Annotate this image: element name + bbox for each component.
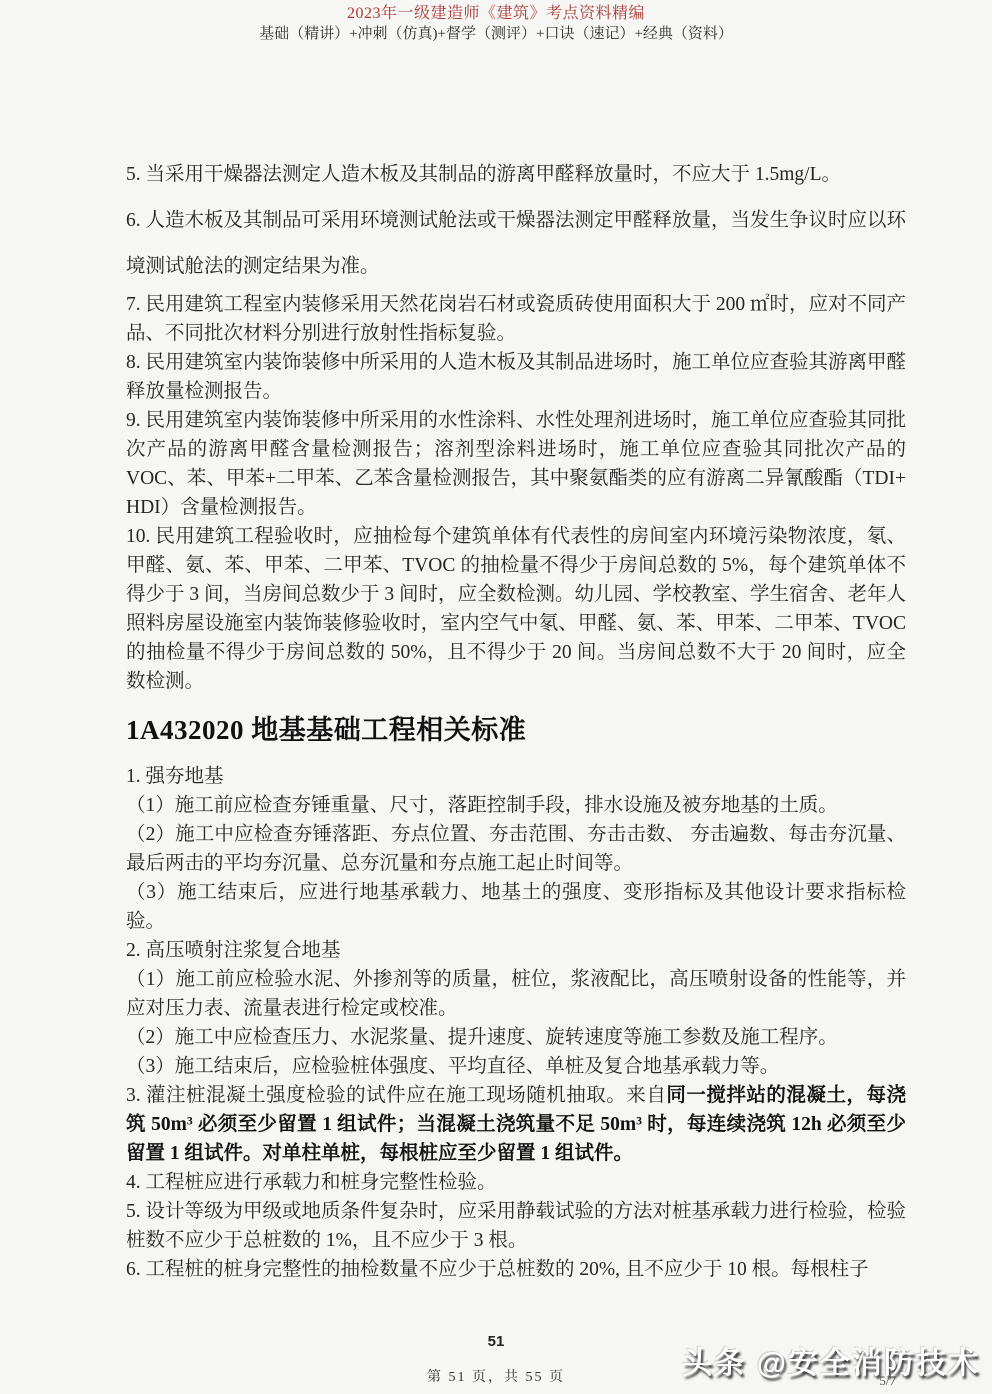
paragraph-item-5: 5. 当采用干燥器法测定人造木板及其制品的游离甲醛释放量时，不应大于 1.5mg… [126,152,906,198]
list-item-1-1: （1）施工前应检查夯锤重量、尺寸，落距控制手段，排水设施及被夯地基的土质。 [126,791,906,820]
paragraph-item-8: 8. 民用建筑室内装饰装修中所采用的人造木板及其制品进场时，施工单位应查验其游离… [126,348,906,406]
item-3-normal-text: 3. 灌注桩混凝土强度检验的试件应在施工现场随机抽取。来自 [126,1085,666,1106]
section-heading: 1A432020 地基基础工程相关标准 [126,712,906,748]
paragraph-item-6: 6. 人造木板及其制品可采用环境测试舱法或干燥器法测定甲醛释放量，当发生争议时应… [126,198,906,290]
list-item-2-1: （1）施工前应检验水泥、外掺剂等的质量，桩位，浆液配比，高压喷射设备的性能等，并… [126,965,906,1023]
header-title: 2023年一级建造师《建筑》考点资料精编 [0,3,992,24]
paragraph-item-10: 10. 民用建筑工程验收时，应抽检每个建筑单体有代表性的房间室内环境污染物浓度，… [126,522,906,696]
list-item-6: 6. 工程桩的桩身完整性的抽检数量不应少于总桩数的 20%, 且不应少于 10 … [126,1255,906,1284]
list-item-4: 4. 工程桩应进行承载力和桩身完整性检验。 [126,1168,906,1197]
header-subtitle: 基础（精讲）+冲刺（仿真)+督学（测评）+口诀（速记）+经典（资料） [0,24,992,45]
list-item-5: 5. 设计等级为甲级或地质条件复杂时，应采用静载试验的方法对桩基承载力进行检验，… [126,1197,906,1255]
list-item-jet-grouting: 2. 高压喷射注浆复合地基 [126,936,906,965]
paragraph-item-7: 7. 民用建筑工程室内装修采用天然花岗岩石材或瓷质砖使用面积大于 200 ㎡时，… [126,290,906,348]
document-page: 2023年一级建造师《建筑》考点资料精编 基础（精讲）+冲刺（仿真)+督学（测评… [0,0,992,1394]
list-item-2-2: （2）施工中应检查压力、水泥浆量、提升速度、旋转速度等施工参数及施工程序。 [126,1023,906,1052]
list-item-1-3: （3）施工结束后，应进行地基承载力、地基土的强度、变形指标及其他设计要求指标检验… [126,878,906,936]
document-body: 5. 当采用干燥器法测定人造木板及其制品的游离甲醛释放量时，不应大于 1.5mg… [126,152,906,1284]
page-header: 2023年一级建造师《建筑》考点资料精编 基础（精讲）+冲刺（仿真)+督学（测评… [0,0,992,45]
list-item-2-3: （3）施工结束后，应检验桩体强度、平均直径、单桩及复合地基承载力等。 [126,1052,906,1081]
paragraph-item-9: 9. 民用建筑室内装饰装修中所采用的水性涂料、水性处理剂进场时，施工单位应查验其… [126,406,906,522]
toutiao-watermark: 头条 @安全消防技术 [682,1338,980,1382]
list-item-1-2: （2）施工中应检查夯锤落距、夯点位置、夯击范围、夯击击数、 夯击遍数、每击夯沉量… [126,820,906,878]
list-item-3-concrete-specimens: 3. 灌注桩混凝土强度检验的试件应在施工现场随机抽取。来自同一搅拌站的混凝土，每… [126,1081,906,1168]
list-item-dynamic-compaction: 1. 强夯地基 [126,762,906,791]
